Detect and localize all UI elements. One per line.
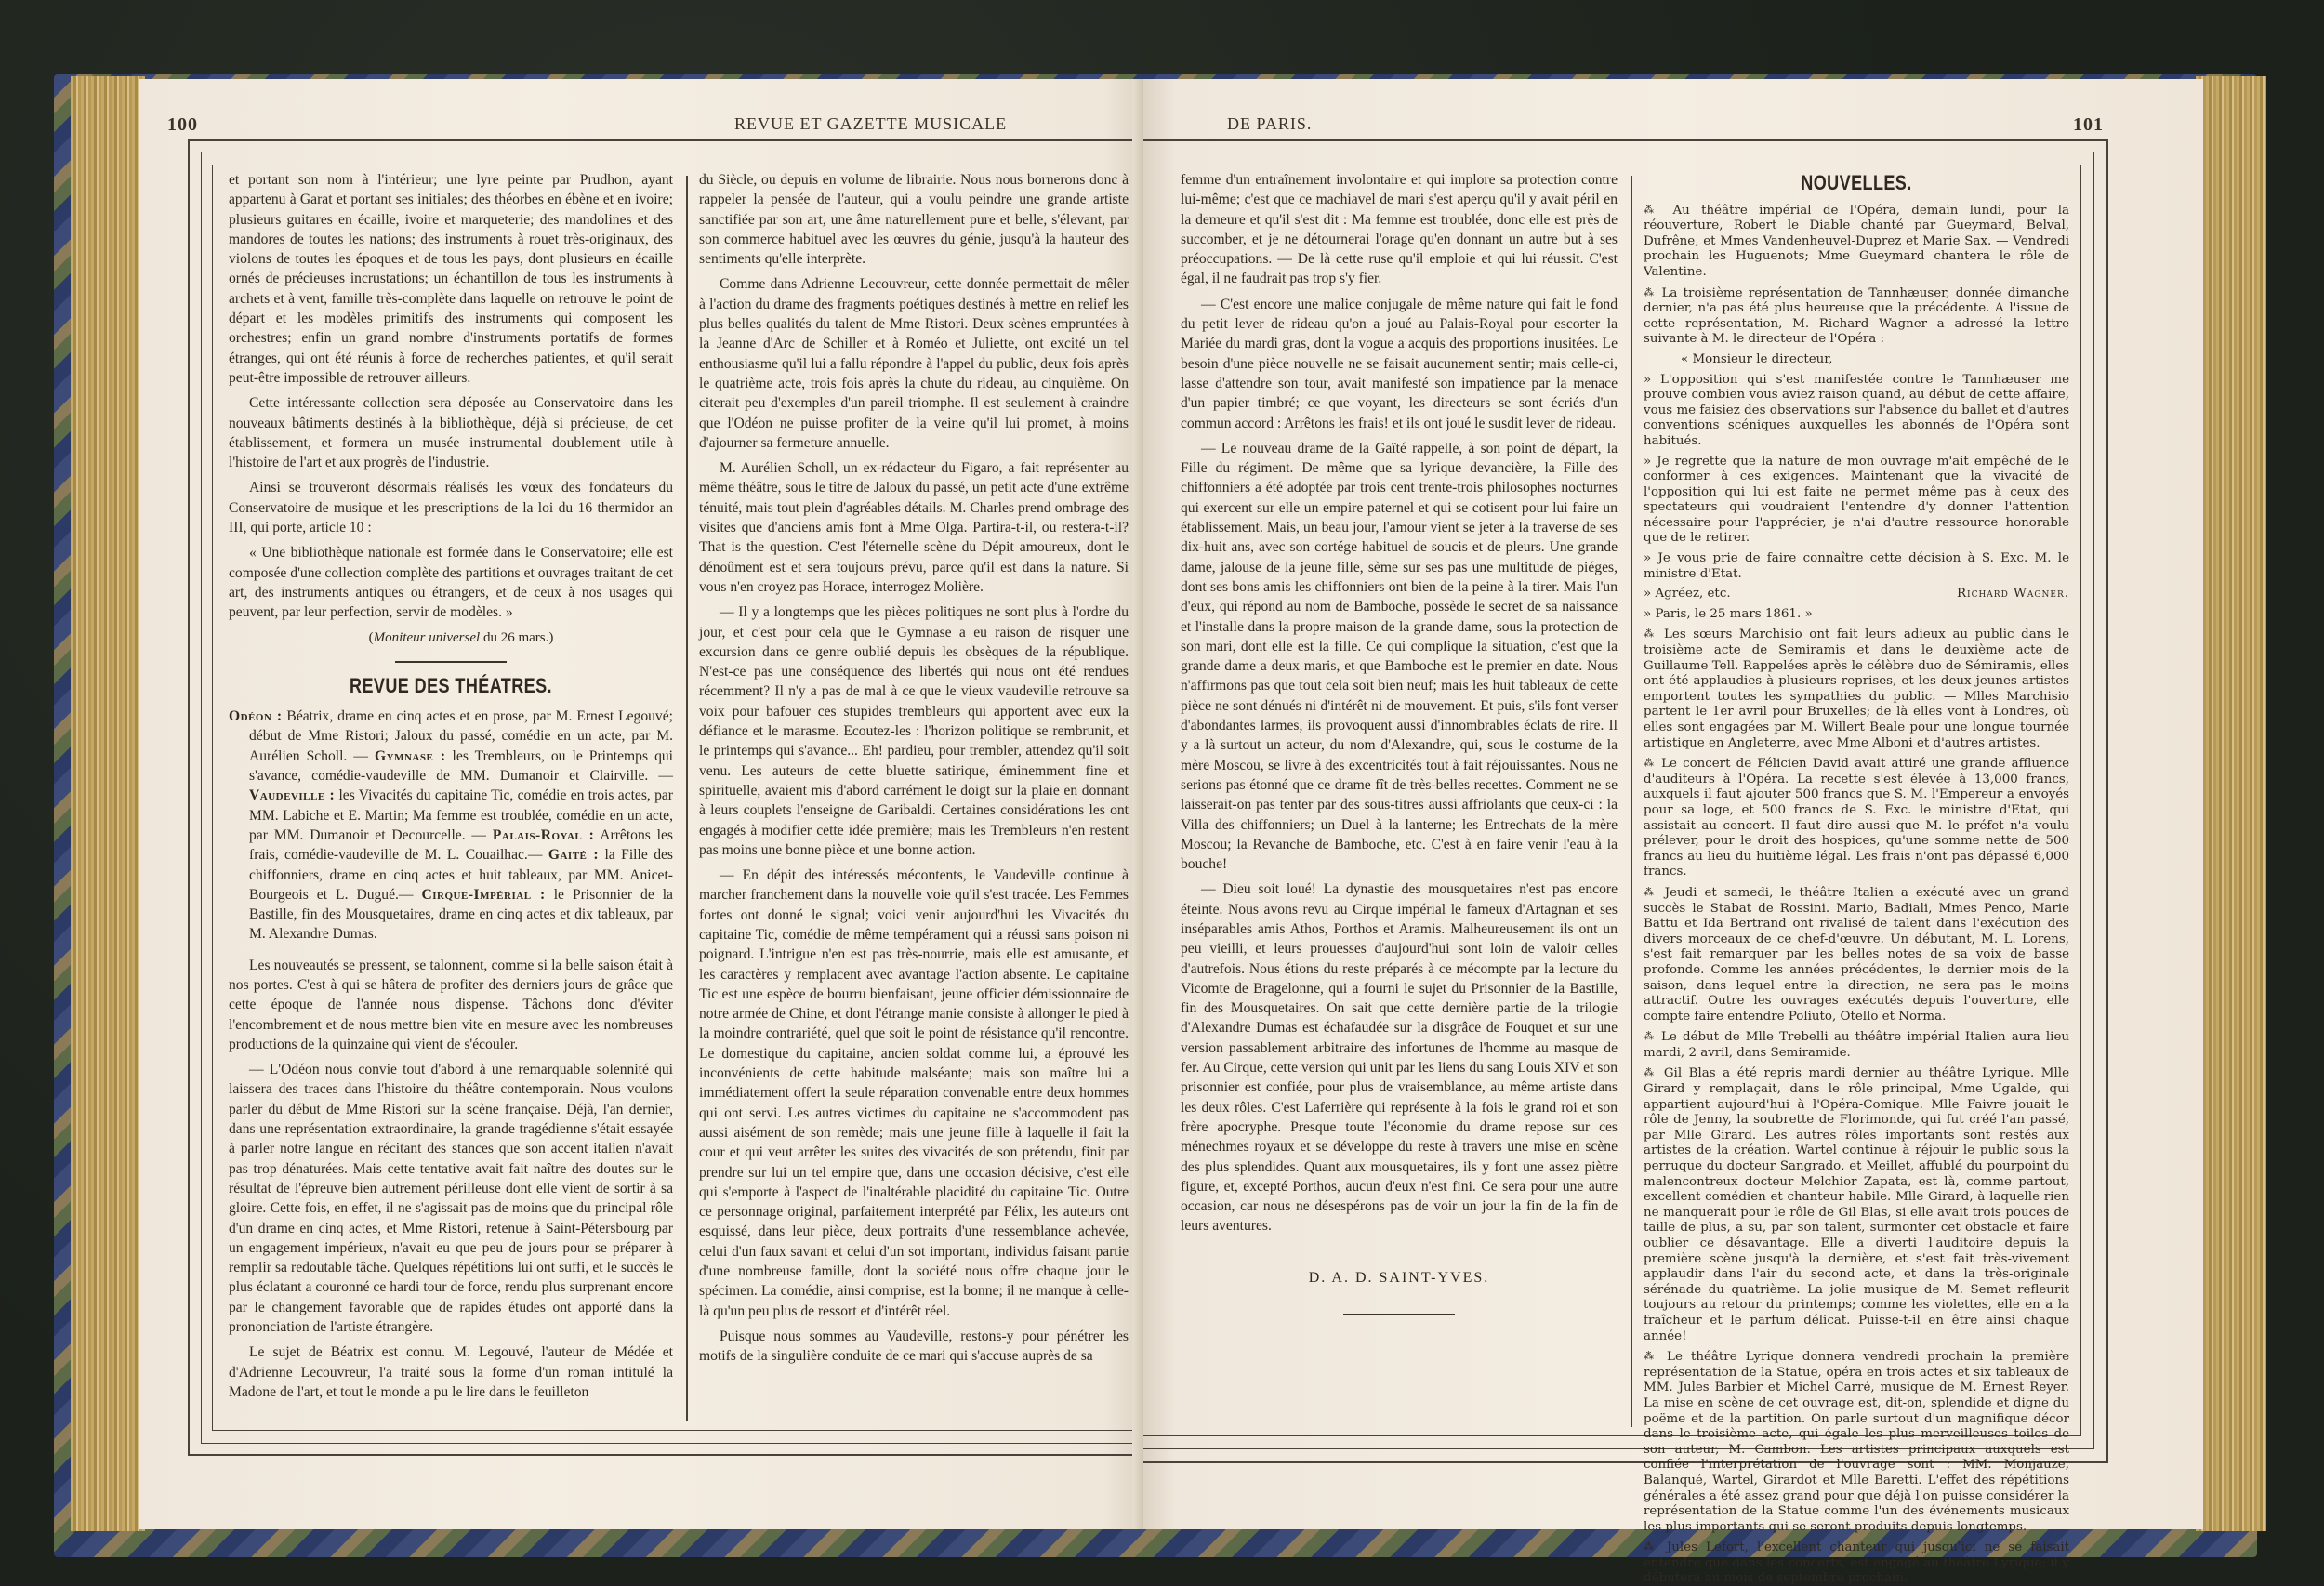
paragraph: Puisque nous sommes au Vaudeville, resto… xyxy=(699,1327,1129,1367)
asterism-icon: ⁂ xyxy=(1644,1066,1657,1078)
gilt-page-edges-right xyxy=(2196,76,2266,1531)
paragraph: du Siècle, ou depuis en volume de librai… xyxy=(699,170,1129,269)
news-item: ⁂ La troisième représentation de Tannhæu… xyxy=(1644,285,2069,348)
section-divider xyxy=(1343,1314,1455,1315)
column-rule xyxy=(1631,176,1632,1427)
section-title-revue-des-theatres: REVUE DES THÉATRES. xyxy=(269,676,633,695)
paragraph: — Dieu soit loué! La dynastie des mousqu… xyxy=(1181,879,1618,1236)
asterism-icon: ⁂ xyxy=(1644,886,1657,898)
left-page-column-1: et portant son nom à l'intérieur; une ly… xyxy=(229,170,673,1408)
page-number-left: 100 xyxy=(167,114,198,136)
letter-signature: Richard Wagner. xyxy=(1957,587,2069,602)
paragraph: M. Aurélien Scholl, un ex-rédacteur du F… xyxy=(699,458,1129,597)
paragraph: et portant son nom à l'intérieur; une ly… xyxy=(229,170,673,388)
letter-closing: » Agréez, etc.Richard Wagner. xyxy=(1644,587,2069,602)
paragraph: Le sujet de Béatrix est connu. M. Legouv… xyxy=(229,1342,673,1402)
paragraph: — Le nouveau drame de la Gaîté rappelle,… xyxy=(1181,439,1618,875)
news-item: ⁂ Gil Blas a été repris mardi dernier au… xyxy=(1644,1065,2069,1344)
news-item: ⁂ Jeudi et samedi, le théâtre Italien a … xyxy=(1644,885,2069,1024)
paragraph: femme d'un entraînement involontaire et … xyxy=(1181,170,1618,289)
asterism-icon: ⁂ xyxy=(1644,1030,1656,1042)
column-rule xyxy=(686,176,688,1421)
news-item: ⁂ Les sœurs Marchisio ont fait leurs adi… xyxy=(1644,627,2069,751)
letter-paragraph: » L'opposition qui s'est manifestée cont… xyxy=(1644,373,2069,450)
theatre-listing: Odéon : Béatrix, drame en cinq actes et … xyxy=(229,707,673,945)
quotation: « Une bibliothèque nationale est formée … xyxy=(229,543,673,622)
asterism-icon: ⁂ xyxy=(1644,1540,1658,1553)
letter-salutation: « Monsieur le directeur, xyxy=(1644,352,2069,368)
paragraph: — En dépit des intéressés mécontents, le… xyxy=(699,866,1129,1321)
paragraph: — Il y a longtemps que les pièces politi… xyxy=(699,602,1129,860)
letter-paragraph: » Je vous prie de faire connaître cette … xyxy=(1644,551,2069,582)
section-divider xyxy=(395,661,507,663)
asterism-icon: ⁂ xyxy=(1644,1350,1658,1362)
paragraph: Cette intéressante collection sera dépos… xyxy=(229,393,673,472)
asterism-icon: ⁂ xyxy=(1644,628,1657,640)
source-credit: (Moniteur universel du 26 mars.) xyxy=(229,628,673,648)
news-item: ⁂ Au théâtre impérial de l'Opéra, demain… xyxy=(1644,203,2069,281)
letter-dateline: » Paris, le 25 mars 1861. » xyxy=(1644,607,2069,623)
gilt-page-edges-left xyxy=(71,76,145,1531)
page-number-right: 101 xyxy=(2073,114,2104,136)
news-item: ⁂ Le concert de Félicien David avait att… xyxy=(1644,756,2069,880)
paragraph: — L'Odéon nous convie tout d'abord à une… xyxy=(229,1060,673,1337)
paragraph: Les nouveautés se pressent, se talonnent… xyxy=(229,956,673,1054)
news-item: ⁂ Le théâtre Lyrique donnera vendredi pr… xyxy=(1644,1349,2069,1535)
section-title-nouvelles: NOUVELLES. xyxy=(1682,176,2031,192)
running-head-left: REVUE ET GAZETTE MUSICALE xyxy=(734,114,1007,134)
news-item: ⁂ Le début de Mlle Trebelli au théâtre i… xyxy=(1644,1029,2069,1061)
news-item: ⁂ Jules Lefort, l'excellent chanteur qui… xyxy=(1644,1540,2069,1586)
paragraph: Ainsi se trouveront désormais réalisés l… xyxy=(229,478,673,537)
asterism-icon: ⁂ xyxy=(1644,757,1656,769)
credit-publication: Moniteur universel xyxy=(374,630,481,645)
left-page: 100 REVUE ET GAZETTE MUSICALE et portant… xyxy=(139,79,1143,1529)
right-page-column-1: femme d'un entraînement involontaire et … xyxy=(1181,170,1618,1328)
paragraph: Comme dans Adrienne Lecouvreur, cette do… xyxy=(699,274,1129,453)
asterism-icon: ⁂ xyxy=(1644,204,1661,216)
right-page: DE PARIS. 101 femme d'un entraînement in… xyxy=(1143,79,2203,1529)
left-page-column-2: du Siècle, ou depuis en volume de librai… xyxy=(699,170,1129,1372)
author-signature: D. A. D. SAINT-YVES. xyxy=(1181,1268,1618,1288)
paragraph: — C'est encore une malice conjugale de m… xyxy=(1181,295,1618,433)
asterism-icon: ⁂ xyxy=(1644,286,1656,298)
letter-paragraph: » Je regrette que la nature de mon ouvra… xyxy=(1644,455,2069,548)
right-page-column-2-nouvelles: NOUVELLES. ⁂ Au théâtre impérial de l'Op… xyxy=(1644,170,2069,1586)
running-head-right: DE PARIS. xyxy=(1227,114,1312,134)
